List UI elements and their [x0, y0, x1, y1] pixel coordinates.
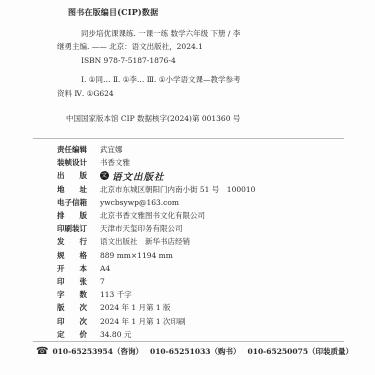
cip-heading: 图书在版编目(CIP)数据 [57, 6, 325, 20]
row-label: 排 版 [57, 210, 91, 221]
colophon-row: 定 价 34.80 元 [57, 328, 327, 341]
cip-entry-line1: 同步培优课课练. 一课一练 数学六年级 下册 / 李 [57, 27, 325, 41]
row-label: 定 价 [57, 329, 91, 340]
row-value: 武宜娜 [100, 144, 123, 155]
colophon-row: 发 行 语文出版社 新华书店经销 [57, 235, 327, 248]
row-label: 版 次 [57, 302, 91, 313]
cip-block: 图书在版编目(CIP)数据 同步培优课课练. 一课一练 数学六年级 下册 / 李… [57, 6, 325, 126]
colophon-row: 规 格 889 mm×1194 mm [57, 249, 327, 262]
row-value: 北京书香文雅图书文化有限公司 [100, 210, 205, 221]
colophon-rows: 责任编辑 武宜娜 装帧设计 书香文雅 出 版 文语文出版社 地 址 北京市东城区… [57, 143, 327, 341]
row-value-text: 34.80 元 [100, 329, 131, 340]
row-value-text: 北京书香文雅图书文化有限公司 [100, 210, 205, 221]
row-value: 34.80 元 [100, 329, 131, 340]
colophon-row: 地 址 北京市东城区朝阳门内南小街 51 号 100010 [57, 183, 327, 196]
cip-class-line2: 资料 Ⅳ. ①G624 [57, 87, 325, 101]
colophon-row: 排 版 北京书香文雅图书文化有限公司 [57, 209, 327, 222]
row-value: 7 [100, 277, 105, 286]
footer-item: 010-65253954（咨询） [52, 347, 143, 356]
row-value-text: 北京市东城区朝阳门内南小街 51 号 100010 [100, 184, 255, 195]
divider-top [33, 138, 344, 139]
row-value-text: 语文出版社 [112, 169, 165, 183]
row-label: 电子信箱 [57, 197, 91, 208]
row-value: 2024 年 1 月第 1 版 [100, 302, 171, 313]
row-value-text: 889 mm×1194 mm [100, 251, 173, 260]
cip-entry: 同步培优课课练. 一课一练 数学六年级 下册 / 李 继勇主编. —— 北京：语… [57, 27, 325, 68]
row-value: 语文出版社 新华书店经销 [100, 236, 190, 247]
row-label: 开 本 [57, 263, 91, 274]
colophon-row: 版 次 2024 年 1 月第 1 版 [57, 301, 327, 314]
colophon-row: 字 数 113 千字 [57, 288, 327, 301]
row-value-text: 书香文雅 [100, 157, 130, 168]
row-value-text: 113 千字 [100, 289, 132, 300]
row-value-text: 2024 年 1 月第 1 版 [100, 302, 171, 313]
cip-registry-number: 中国国家版本馆 CIP 数据核字(2024)第 001360 号 [57, 112, 325, 126]
colophon-row: 开 本 A4 [57, 262, 327, 275]
row-value: 889 mm×1194 mm [100, 251, 173, 260]
footer-items: 010-65253954（咨询）010-65251033（购书）010-6525… [52, 346, 360, 357]
colophon-row: 电子信箱 ywcbsywp@163.com [57, 196, 327, 209]
row-value: ywcbsywp@163.com [100, 198, 179, 207]
row-value: 书香文雅 [100, 157, 130, 168]
row-value-text: 7 [100, 277, 105, 286]
cip-classification: Ⅰ. ①同… Ⅱ. ①李… Ⅲ. ①小学语文课—教学参考 资料 Ⅳ. ①G624 [57, 73, 325, 100]
row-value-text: 语文出版社 新华书店经销 [100, 236, 190, 247]
divider-bottom [33, 341, 344, 342]
row-label: 装帧设计 [57, 157, 91, 168]
colophon-row: 印 张 7 [57, 275, 327, 288]
copyright-page: 图书在版编目(CIP)数据 同步培优课课练. 一课一练 数学六年级 下册 / 李… [0, 0, 375, 375]
cip-entry-line2: 继勇主编. —— 北京：语文出版社，2024.1 [57, 40, 325, 54]
row-value-text: 天津市天玺印务有限公司 [100, 223, 183, 234]
row-label: 责任编辑 [57, 144, 91, 155]
row-value: A4 [100, 264, 110, 273]
colophon-row: 印 次 2024 年 1 月第 1 次印刷 [57, 314, 327, 327]
isbn-line: ISBN 978-7-5187-1876-4 [57, 54, 325, 68]
row-label: 规 格 [57, 250, 91, 261]
row-value: 北京市东城区朝阳门内南小街 51 号 100010 [100, 184, 255, 195]
row-label: 印刷装订 [57, 223, 91, 234]
row-label: 发 行 [57, 236, 91, 247]
row-value-text: A4 [100, 264, 110, 273]
colophon-row: 印刷装订 天津市天玺印务有限公司 [57, 222, 327, 235]
row-value: 113 千字 [100, 289, 132, 300]
cip-class-line1: Ⅰ. ①同… Ⅱ. ①李… Ⅲ. ①小学语文课—教学参考 [57, 73, 325, 87]
row-value: 2024 年 1 月第 1 次印刷 [100, 316, 186, 327]
colophon-row: 出 版 文语文出版社 [57, 169, 327, 182]
row-label: 地 址 [57, 184, 91, 195]
row-value-text: 武宜娜 [100, 144, 123, 155]
row-label: 字 数 [57, 289, 91, 300]
colophon-row: 装帧设计 书香文雅 [57, 156, 327, 169]
colophon-row: 责任编辑 武宜娜 [57, 143, 327, 156]
row-value-text: 2024 年 1 月第 1 次印刷 [100, 316, 186, 327]
row-label: 出 版 [57, 170, 91, 181]
row-value-text: ywcbsywp@163.com [100, 198, 179, 207]
yuwen-press-logo-icon: 文 [100, 171, 109, 180]
footer-item: 010-65251033（购书） [150, 347, 241, 356]
footer-phone-line: ☎ 010-65253954（咨询）010-65251033（购书）010-65… [36, 346, 346, 357]
row-value: 文语文出版社 [100, 169, 165, 183]
phone-icon: ☎ [36, 346, 48, 357]
row-label: 印 张 [57, 276, 91, 287]
footer-item: 010-65250075（印装质量） [248, 347, 354, 356]
row-label: 印 次 [57, 316, 91, 327]
row-value: 天津市天玺印务有限公司 [100, 223, 183, 234]
